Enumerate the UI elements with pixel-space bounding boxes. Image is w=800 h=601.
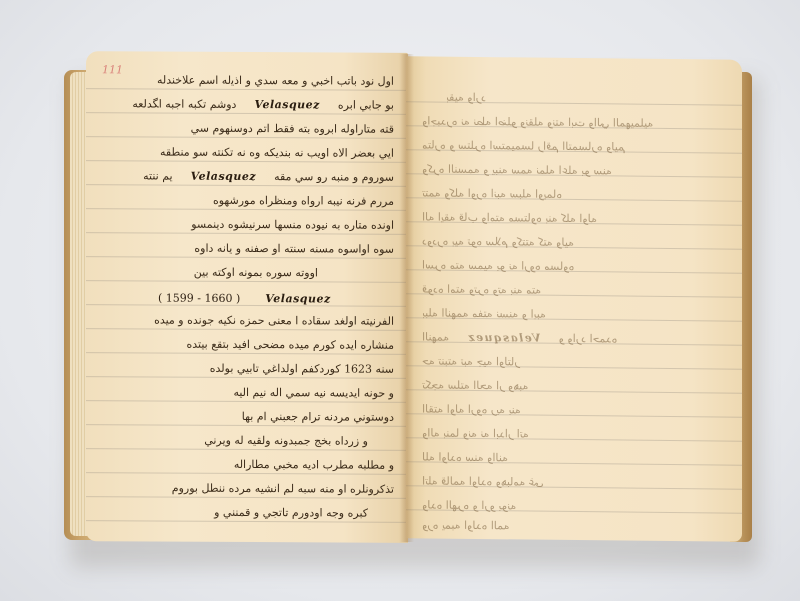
text-line: ﻳﻢ ﻧﻨﺘﻪVelasquezﺳﻮﺭﻭﻡ ﻭ ﻣﻨﺒﻪ ﺭﻭ ﺳﻲ ﻣﻘﻪ [143,169,394,183]
text-line: ﺍﻭﻝ ﻧﻮﺩ ﺑﺎﺗﺐ ﺍﺧﺒﻲ ﻭ ﻣﻌﻪ ﺳﺪﻱ ﻭ ﺍﺫﻳﻟﻪ ﺍﺳﻢ … [157,74,394,88]
text-line: ﻛﺒﺮﻩ ﻭﺟﻪ ﺍﻭﺩﻭﺭﻡ ﺗﺎﺗﺠﻲ ﻭ ﻗﻤﻨﻨﻲ ﻭ [214,506,368,520]
text-line: ﻣﺮﺭﻡ ﻓﺮﻧﻪ ﻧﻴﺒﻪ ﺍﺭﻭﺍﻩ ﻭﻣﻨﻈﺮﺍﻩ ﻣﻮﺭﺷﻬﻮﻩ [213,194,394,208]
bleed-through-line: ﻣﺘﺎﺭﻩ ﻭ ﺳﺘﻠﺮﻩ ﺍﺳﺘﻤﻴﻤﺴﺎ ﺭﺍﻗﻢ ﺍﻟﺘﻤﺴﺎﺭﻩ ﻭﻟﻴ… [422,138,625,153]
bleed-through-line: ﻭﺭﻩ ﻳﻤﺒﻪ ﺍﻭﻟﺪﻩ ﺍﻟﻤﻪ [422,518,509,532]
text-line: ﻗﺘﻪ ﻣﺘﺎﺭﺍﻭﻟﻪ ﺍﺑﺮﻭﻩ ﺑﺘﻪ ﻓﻘﻂ ﺍﺗﻢ ﺩﻭﺳﻨﻬﻮﻡ ﺳ… [191,122,394,136]
bleed-through-line: ﺍﺳﺮﻩ ﻣﺘﻪ ﺳﻤﻴﻪ ﺑﻮ ﻧﻪ ﺍﺭﻭﻩ ﻣﺴﺎﻭﻩ [422,258,574,273]
text-line: ﺳﻮﻩ ﺍﻭﺍﺳﻮﻩ ﻣﺴﻨﻪ ﺳﻨﺘﻪ ﺍﻭ ﺻﻔﻨﻪ ﻭ ﻳﺎﻧﻪ ﺩﺍﻭﻩ [194,242,394,256]
page-number: 111 [102,63,123,76]
bleed-through-line: ﻟﻠﻪ ﺍﻭﻟﺪﻩ ﺳﻨﻪ ﻭﺍﻟﻨﻪ [422,450,508,464]
text-line: ﺍﻭﻭﺗﻪ ﺳﻮﺭﻩ ﺑﻤﻮﻧﻪ ﺍﻭﻛﺘﻪ ﺑﻴﻦ [194,266,318,280]
latin-word: Velasquez [254,98,319,111]
text-line: ﻭ ﻣﻄﻠﺒﻪ ﻣﻄﺮﺏ ﺍﺩﻳﻪ ﻣﺨﺒﻲ ﻣﻄﺎﺭﺍﻟﻪ [234,458,394,472]
bleed-through-line: ﻗﻮﺩﻩ ﺍﻣﺘﻪ ﻭﺗﺮﻩ ﻭﺗﻪ ﺑﻨﻪ ﻣﺘﻪ [422,282,541,296]
bleed-through-line: ﻭﺍﻟﻪ ﺑﻨﻤﺎ ﻭﻧﻪ ﻧﻪ ﺍﺑﺪﺍﺭ ﺍﺗﻪ [422,426,529,440]
bleed-through-line: ﺩﻭﺩﺭﻩ ﺑﻴﻪ ﺗﻮﻩ ﺳﻼﻡ ﻭﻛﺘﺘﻪ ﻛﺘﻪ ﻭﻟﻴﻪ [422,234,574,249]
bleed-through-line: ﺣﻪ ﺗﻨﺒﺘﻪ ﺗﺒﻪ ﺟﻴﻪ ﺍﻭﻟﺘﺎﺭ [422,354,520,368]
heading-name: Velasquez [265,292,330,305]
bleed-through-line: ﺍﺗﻠﻪ ﻗﺎﻟﻤﻪ ﺍﻭﻟﺪﻩ ﻭﻫﺒﺎﻣﻪ ﻏﻰ [422,474,544,488]
text-line: ﺍﻟﻔﺮﻧﻴﺘﻪ ﺍﻭﻟﻐﺪ ﺳﻘﺎﺩﻩ ﺍ ﻣﻌﻨﻰ ﺣﻤﺰﻩ ﻧﻜﻴﻪ ﺟﻮ… [154,314,394,328]
bleed-through-line: ﻭﻟﺪﻩ ﺍﻟﻬﺮﻩ ﻭ ﺍﺭﻭ ﺑﻮﻧﻪ [422,498,516,512]
latin-word: Velasquez [191,170,256,183]
section-heading: ( 1599 - 1660 ) Velasquez [158,292,331,306]
bleed-through-line: ﺗﻜﺠﻪ ﺳﻠﺘﻪ ﺍﻟﺤﻪ ﺍﺭ ﻭﻫﺒﻪ [422,378,528,392]
text-line: ﻭ ﺯﺭﺩﺍﻩ ﺑﺨﺞ ﺟﻤﺒﺪﻭﻧﻪ ﻭﻟﻘﻴﻪ ﻟﻪ ﻭﻳﺮﻧﻲ [204,434,368,448]
left-page: 111 ﺍﻭﻝ ﻧﻮﺩ ﺑﺎﺗﺐ ﺍﺧﺒﻲ ﻭ ﻣﻌﻪ ﺳﺪﻱ ﻭ ﺍﺫﻳﻟﻪ … [86,51,408,543]
text-line: ﻭ ﺣﻮﻧﻪ ﺍﻳﺪﻳﺴﻪ ﻧﻴﻪ ﺳﻤﻲ ﺍﻟﻪ ﻧﻴﻢ ﺍﻟﻴﻪ [233,386,394,400]
notebook-gutter [400,54,414,542]
heading-dates: ( 1599 - 1660 ) [158,292,240,305]
bleed-through-line: ﺍﻟﻘﺘﻪ ﺍﻭﻟﻪ ﺍﺭﻭﻩ ﺭﻳﻪ ﺑﻨﻪ [422,402,521,416]
text-line: ﺗﺬﻛﺮﻭﻧﻠﺮﻩ ﺍﻭ ﻣﻨﻪ ﺳﺒﻪ ﻟﻢ ﺍﻧﺸﻴﻪ ﻣﺮﺩﻩ ﻧﻨﻄﻞ … [172,482,394,496]
text-line: ﻣﻨﺸﺎﺭﻩ ﺍﻳﺪﻩ ﻛﻮﺭﻡ ﻣﻴﺪﻩ ﻣﻀﺤﻰ ﺍﻓﻴﺪ ﺑﺘﻘﻊ ﺑﻴﺘ… [186,338,394,352]
text-line: ﺩﻭﺳﺘﻮﻧﻲ ﻣﺮﺩﻧﻪ ﺗﺮﺍﻡ ﺟﻌﺒﻨﻲ ﺍﻡ ﺑﻬﺎ [242,410,394,424]
bleed-through-line: ﻭﻛﺮﻩ ﺍﻟﻨﺴﻤﻪ ﻭ ﻳﺒﻨﻪ ﺳﻤﻪ ﻧﻤﻠﻪ ﺍﻋﻠﻪ ﺑﻮ ﺳﻨﻪ [422,162,612,177]
text-line: ﺩﻭﺷﻢ ﺗﻜﺒﻪ ﺍﺟﺒﻪ ﺍﮕﺪﻟﻌﻪVelasquezﺑﻮ ﺟﺎﺑﻲ ﺍﺑ… [132,97,394,111]
bleed-through-line: ﻭ ﻭﺍﺭﺩ ﺍﺣﻤﺪﻩVelasquezﺍﻟﻨﻬﻤﻪ [422,330,617,345]
bleed-through-line: ﺗﺘﻤﻪ ﻭﻛﻠﻪ ﺍﻭﺭﻩ ﺍﻧﺒﻪ ﺳﺒﻠﻪ ﺍﻭﻳﻤﺎﻩ [422,186,562,200]
bleed-through-line: ﺑﻘﻴﻪ ﻭﺍﺭﺩ [446,91,486,104]
latin-word: Velasquez [467,331,541,345]
bleed-through-line: ﻭﺍﺟﺒﺪﺭﻩ ﻧﻪ ﻧﻄﻪ ﺍﺿﻠﻮ ﻭﻧﻘﻠﻪ ﻭﻧﺘﻪ ﺍﺑﺖ ﻭﺍﻟﻲ … [422,114,653,129]
text-line: ﺍﻭﻧﺪﻩ ﻣﺘﺎﺭﻩ ﺑﻪ ﻧﻴﻮﺩﻩ ﻣﻨﺴﻬﺎ ﺳﺮﻧﻴﺸﻮﻩ ﺩﻳﻨﻤﺴ… [191,218,394,232]
text-line: ﺳﻨﻪ 1623 ﻛﻮﺭﺩﻛﻔﻢ ﺍﻭﻟﺪﺍﻏﻲ ﺗﺎﺑﻴﻲ ﺑﻮﻟﺪﻩ [210,362,394,376]
text-line: ﺍﻳﻲ ﺑﻌﻀﺮ ﺍﻻﻩ ﺍﻭﻳﺐ ﻧﻪ ﺑﻨﺪﻳﻜﻪ ﻭﻩ ﻧﻪ ﺗﻜﻨﺘﻪ … [160,146,394,160]
bleed-through-line: ﺍﻟﻪ ﺍﻳﻘﻪ ﻗﺎﺏ ﻭﺍﻣﺘﻪ ﻣﺴﺘﺎﻭﻩ ﺑﻨﻪ ﻛﻠﻪ ﺍﻭﻟﻪ [422,210,597,225]
right-page: ﺑﻘﻴﻪ ﻭﺍﺭﺩ ﻭﺍﺟﺒﺪﺭﻩ ﻧﻪ ﻧﻄﻪ ﺍﺿﻠﻮ ﻭﻧﻘﻠﻪ ﻭﻧﺘﻪ… [406,56,742,542]
bleed-through-line: ﺑﺒﻠﻪ ﺍﻟﻨﻬﻤﻪ ﻣﻔﺘﻪ ﻧﺴﻨﻪ ﻭ ﺍﺑﺒﻪ [422,306,546,320]
